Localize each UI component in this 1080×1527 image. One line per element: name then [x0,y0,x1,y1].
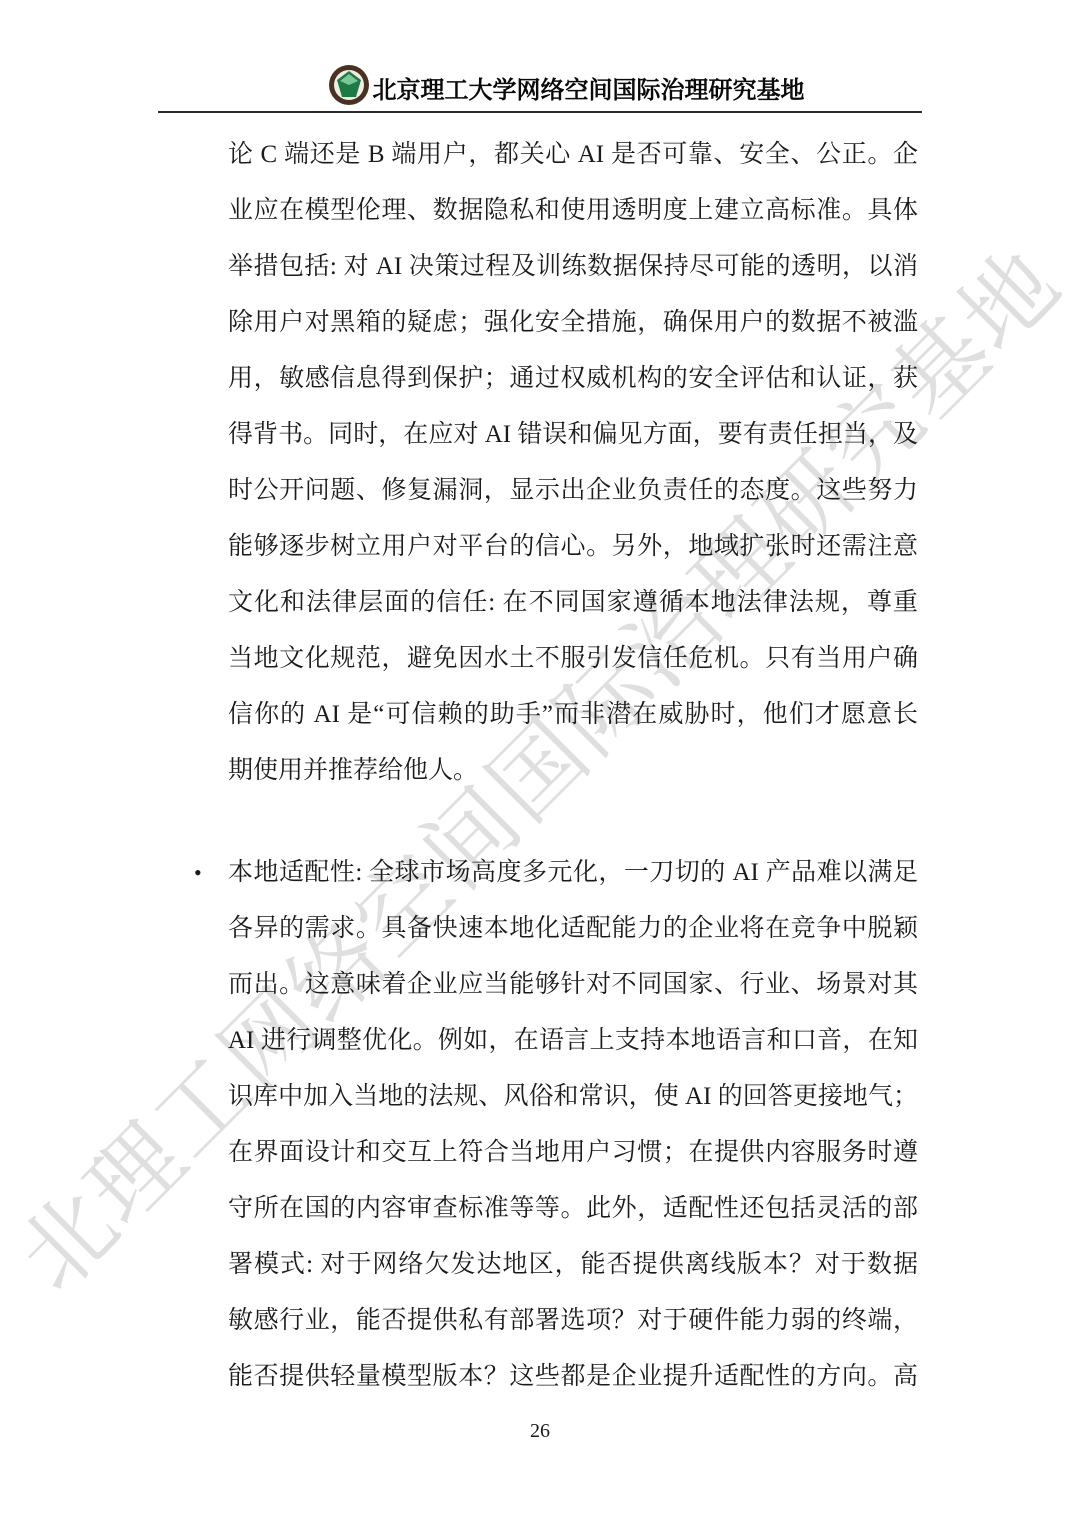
text-line: 而出。这意味着企业应当能够针对不同国家、行业、场景对其 [228,957,918,1013]
text-line: 期使用并推荐给他人。 [228,743,918,799]
header-rule [158,111,922,113]
bullet-marker: • [194,845,202,901]
bullet-item-local-adaptability: • 本地适配性: 全球市场高度多元化，一刀切的 AI 产品难以满足各异的需求。具… [228,845,918,1405]
text-line: 举措包括: 对 AI 决策过程及训练数据保持尽可能的透明，以消 [228,239,918,295]
text-line: 能否提供轻量模型版本？这些都是企业提升适配性的方向。高 [228,1349,918,1405]
document-body: 论 C 端还是 B 端用户，都关心 AI 是否可靠、安全、公正。企业应在模型伦理… [228,127,918,1405]
text-line: 时公开问题、修复漏洞，显示出企业负责任的态度。这些努力 [228,463,918,519]
text-line: 得背书。同时，在应对 AI 错误和偏见方面，要有责任担当，及 [228,407,918,463]
text-line: 守所在国的内容审查标准等等。此外，适配性还包括灵活的部 [228,1181,918,1237]
page-header: 北京理工大学网络空间国际治理研究基地 [26,64,1080,111]
bit-emblem-icon [328,64,370,111]
text-line: 文化和法律层面的信任: 在不同国家遵循本地法律法规，尊重 [228,575,918,631]
header-title: 北京理工大学网络空间国际治理研究基地 [373,70,805,105]
bullet-text: 本地适配性: 全球市场高度多元化，一刀切的 AI 产品难以满足各异的需求。具备快… [228,845,918,1405]
text-line: 用，敏感信息得到保护；通过权威机构的安全评估和认证，获 [228,351,918,407]
text-line: 能够逐步树立用户对平台的信心。另外，地域扩张时还需注意 [228,519,918,575]
text-line: 在界面设计和交互上符合当地用户习惯；在提供内容服务时遵 [228,1125,918,1181]
page-content-layer: 北京理工大学网络空间国际治理研究基地 论 C 端还是 B 端用户，都关心 AI … [0,0,1080,1527]
text-line: 当地文化规范，避免因水土不服引发信任危机。只有当用户确 [228,631,918,687]
text-line: 识库中加入当地的法规、风俗和常识，使 AI 的回答更接地气； [228,1069,918,1125]
text-line: AI 进行调整优化。例如，在语言上支持本地语言和口音，在知 [228,1013,918,1069]
text-line: 论 C 端还是 B 端用户，都关心 AI 是否可靠、安全、公正。企 [228,127,918,183]
page-number: 26 [0,1420,1080,1443]
text-line: 除用户对黑箱的疑虑；强化安全措施，确保用户的数据不被滥 [228,295,918,351]
text-line: 各异的需求。具备快速本地化适配能力的企业将在竞争中脱颖 [228,901,918,957]
document-page: { "colors":{ "text":"#1b1b1b", "rule":"#… [0,0,1080,1527]
text-line: 业应在模型伦理、数据隐私和使用透明度上建立高标准。具体 [228,183,918,239]
text-line: 信你的 AI 是“可信赖的助手”而非潜在威胁时，他们才愿意长 [228,687,918,743]
text-line: 本地适配性: 全球市场高度多元化，一刀切的 AI 产品难以满足 [228,845,918,901]
paragraph-continued: 论 C 端还是 B 端用户，都关心 AI 是否可靠、安全、公正。企业应在模型伦理… [228,127,918,799]
text-line: 署模式: 对于网络欠发达地区，能否提供离线版本？对于数据 [228,1237,918,1293]
text-line: 敏感行业，能否提供私有部署选项？对于硬件能力弱的终端， [228,1293,918,1349]
